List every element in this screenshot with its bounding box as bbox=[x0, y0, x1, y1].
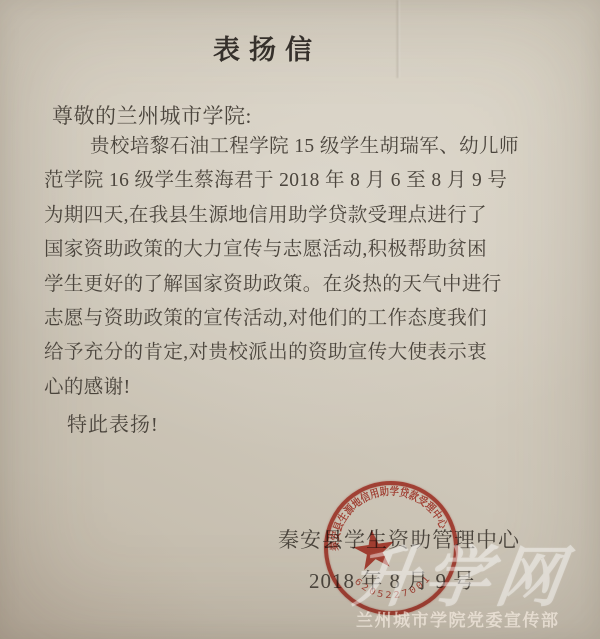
site-watermark: 升学网 bbox=[347, 542, 573, 615]
body-line: 贵校培黎石油工程学院 15 级学生胡瑞军、幼儿师 bbox=[44, 130, 564, 164]
body-line: 心的感谢! bbox=[44, 371, 564, 405]
letter-salutation: 尊敬的兰州城市学院: bbox=[52, 100, 252, 130]
letter-body: 贵校培黎石油工程学院 15 级学生胡瑞军、幼儿师 范学院 16 级学生蔡海君于 … bbox=[44, 130, 564, 405]
body-line: 志愿与资助政策的宣传活动,对他们的工作态度我们 bbox=[44, 302, 564, 336]
credit-watermark: 兰州城市学院党委宣传部 bbox=[356, 606, 560, 631]
paper-fold-crease bbox=[396, 0, 400, 78]
letter-closing: 特此表扬! bbox=[67, 408, 159, 437]
body-line: 学生更好的了解国家资助政策。在炎热的天气中进行 bbox=[44, 268, 564, 302]
body-line: 为期四天,在我县生源地信用助学贷款受理点进行了 bbox=[44, 199, 564, 233]
letter-title: 表扬信 bbox=[213, 28, 321, 67]
body-line: 范学院 16 级学生蔡海君于 2018 年 8 月 6 至 8 月 9 号 bbox=[44, 164, 564, 198]
body-line: 给予充分的肯定,对贵校派出的资助宣传大使表示衷 bbox=[44, 336, 564, 370]
body-line: 国家资助政策的大力宣传与志愿活动,积极帮助贫困 bbox=[44, 233, 564, 267]
letter-photo: 表扬信 尊敬的兰州城市学院: 贵校培黎石油工程学院 15 级学生胡瑞军、幼儿师 … bbox=[0, 0, 600, 639]
